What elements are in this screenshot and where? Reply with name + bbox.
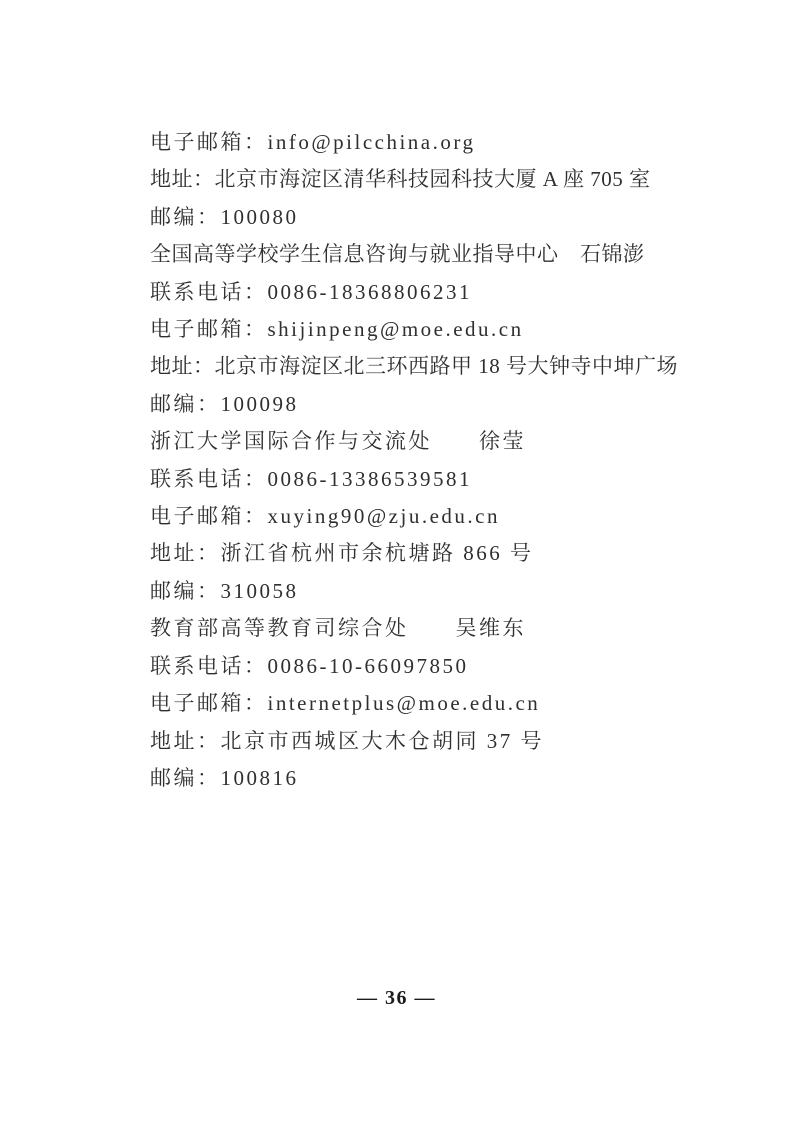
document-line: 邮编：100098 — [150, 386, 662, 423]
page-number: — 36 — — [357, 987, 436, 1009]
document-line: 全国高等学校学生信息咨询与就业指导中心 石锦澎 — [150, 236, 662, 273]
document-line: 教育部高等教育司综合处 吴维东 — [150, 610, 662, 647]
page-footer: — 36 — — [0, 987, 793, 1010]
document-line: 电子邮箱：xuying90@zju.edu.cn — [150, 498, 662, 535]
document-line: 联系电话：0086-13386539581 — [150, 461, 662, 498]
document-line: 联系电话：0086-10-66097850 — [150, 648, 662, 685]
document-line: 电子邮箱：info@pilcchina.org — [150, 124, 662, 161]
document-body: 电子邮箱：info@pilcchina.org地址：北京市海淀区清华科技园科技大… — [150, 124, 662, 797]
document-line: 邮编：310058 — [150, 573, 662, 610]
document-line: 电子邮箱：internetplus@moe.edu.cn — [150, 685, 662, 722]
document-line: 联系电话：0086-18368806231 — [150, 274, 662, 311]
document-line: 邮编：100816 — [150, 760, 662, 797]
document-page: 电子邮箱：info@pilcchina.org地址：北京市海淀区清华科技园科技大… — [0, 0, 793, 1122]
document-line: 地址：北京市西城区大木仓胡同 37 号 — [150, 723, 662, 760]
document-line: 浙江大学国际合作与交流处 徐莹 — [150, 423, 662, 460]
document-line: 地址：浙江省杭州市余杭塘路 866 号 — [150, 535, 662, 572]
document-line: 地址：北京市海淀区清华科技园科技大厦 A 座 705 室 — [150, 161, 662, 198]
document-line: 地址：北京市海淀区北三环西路甲 18 号大钟寺中坤广场 — [150, 348, 662, 385]
document-line: 邮编：100080 — [150, 199, 662, 236]
document-line: 电子邮箱：shijinpeng@moe.edu.cn — [150, 311, 662, 348]
